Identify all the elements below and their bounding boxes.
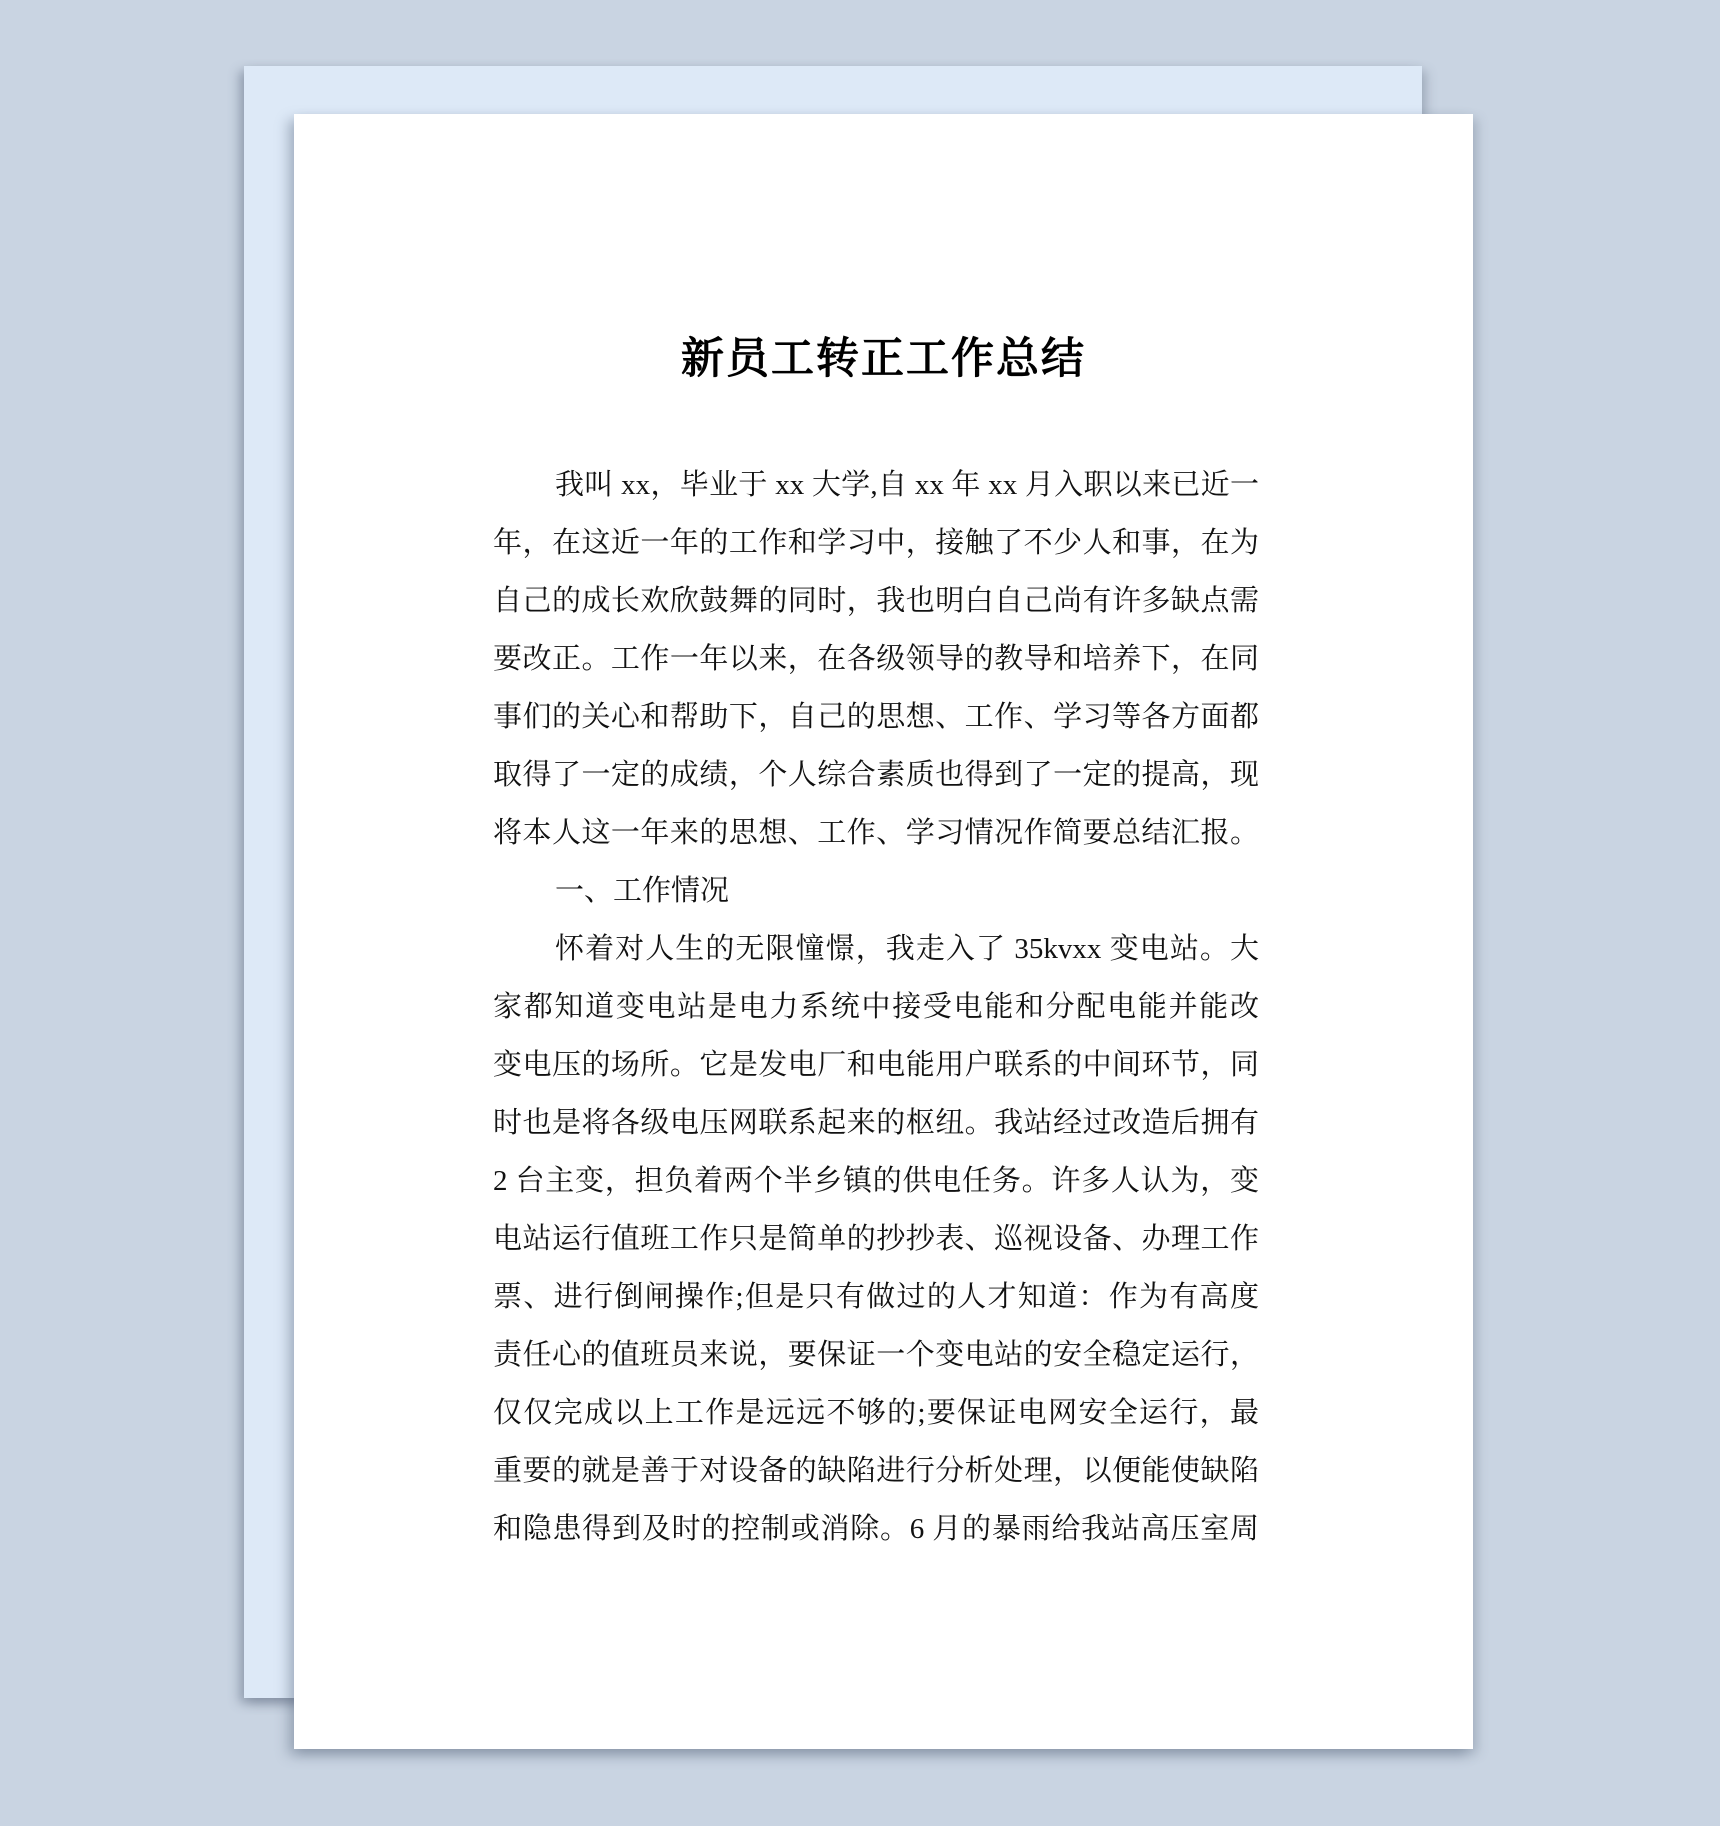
text-line: 票、进行倒闸操作;但是只有做过的人才知道：作为有高度 xyxy=(493,1268,1259,1326)
text-line: 我叫 xx，毕业于 xx 大学,自 xx 年 xx 月入职以来已近一 xyxy=(493,456,1259,514)
text-line: 将本人这一年来的思想、工作、学习情况作简要总结汇报。 xyxy=(493,804,1259,862)
doc-body: 我叫 xx，毕业于 xx 大学,自 xx 年 xx 月入职以来已近一年，在这近一… xyxy=(493,456,1259,1558)
text-line: 电站运行值班工作只是简单的抄抄表、巡视设备、办理工作 xyxy=(493,1210,1259,1268)
text-line: 自己的成长欢欣鼓舞的同时，我也明白自己尚有许多缺点需 xyxy=(493,572,1259,630)
text-line: 年，在这近一年的工作和学习中，接触了不少人和事，在为 xyxy=(493,514,1259,572)
text-line: 怀着对人生的无限憧憬，我走入了 35kvxx 变电站。大 xyxy=(493,920,1259,978)
text-line: 和隐患得到及时的控制或消除。6 月的暴雨给我站高压室周 xyxy=(493,1500,1259,1558)
desktop-background: 新员工转正工作总结 我叫 xx，毕业于 xx 大学,自 xx 年 xx 月入职以… xyxy=(0,0,1720,1826)
text-line: 时也是将各级电压网联系起来的枢纽。我站经过改造后拥有 xyxy=(493,1094,1259,1152)
text-line: 仅仅完成以上工作是远远不够的;要保证电网安全运行，最 xyxy=(493,1384,1259,1442)
text-line: 家都知道变电站是电力系统中接受电能和分配电能并能改 xyxy=(493,978,1259,1036)
text-line: 2 台主变，担负着两个半乡镇的供电任务。许多人认为，变 xyxy=(493,1152,1259,1210)
text-line: 变电压的场所。它是发电厂和电能用户联系的中间环节，同 xyxy=(493,1036,1259,1094)
text-line: 一、工作情况 xyxy=(493,862,1259,920)
document-title: 新员工转正工作总结 xyxy=(294,334,1473,384)
text-line: 责任心的值班员来说，要保证一个变电站的安全稳定运行， xyxy=(493,1326,1259,1384)
text-line: 要改正。工作一年以来，在各级领导的教导和培养下，在同 xyxy=(493,630,1259,688)
text-line: 重要的就是善于对设备的缺陷进行分析处理，以便能使缺陷 xyxy=(493,1442,1259,1500)
text-line: 取得了一定的成绩，个人综合素质也得到了一定的提高，现 xyxy=(493,746,1259,804)
document-page: 新员工转正工作总结 我叫 xx，毕业于 xx 大学,自 xx 年 xx 月入职以… xyxy=(294,114,1473,1749)
text-line: 事们的关心和帮助下，自己的思想、工作、学习等各方面都 xyxy=(493,688,1259,746)
